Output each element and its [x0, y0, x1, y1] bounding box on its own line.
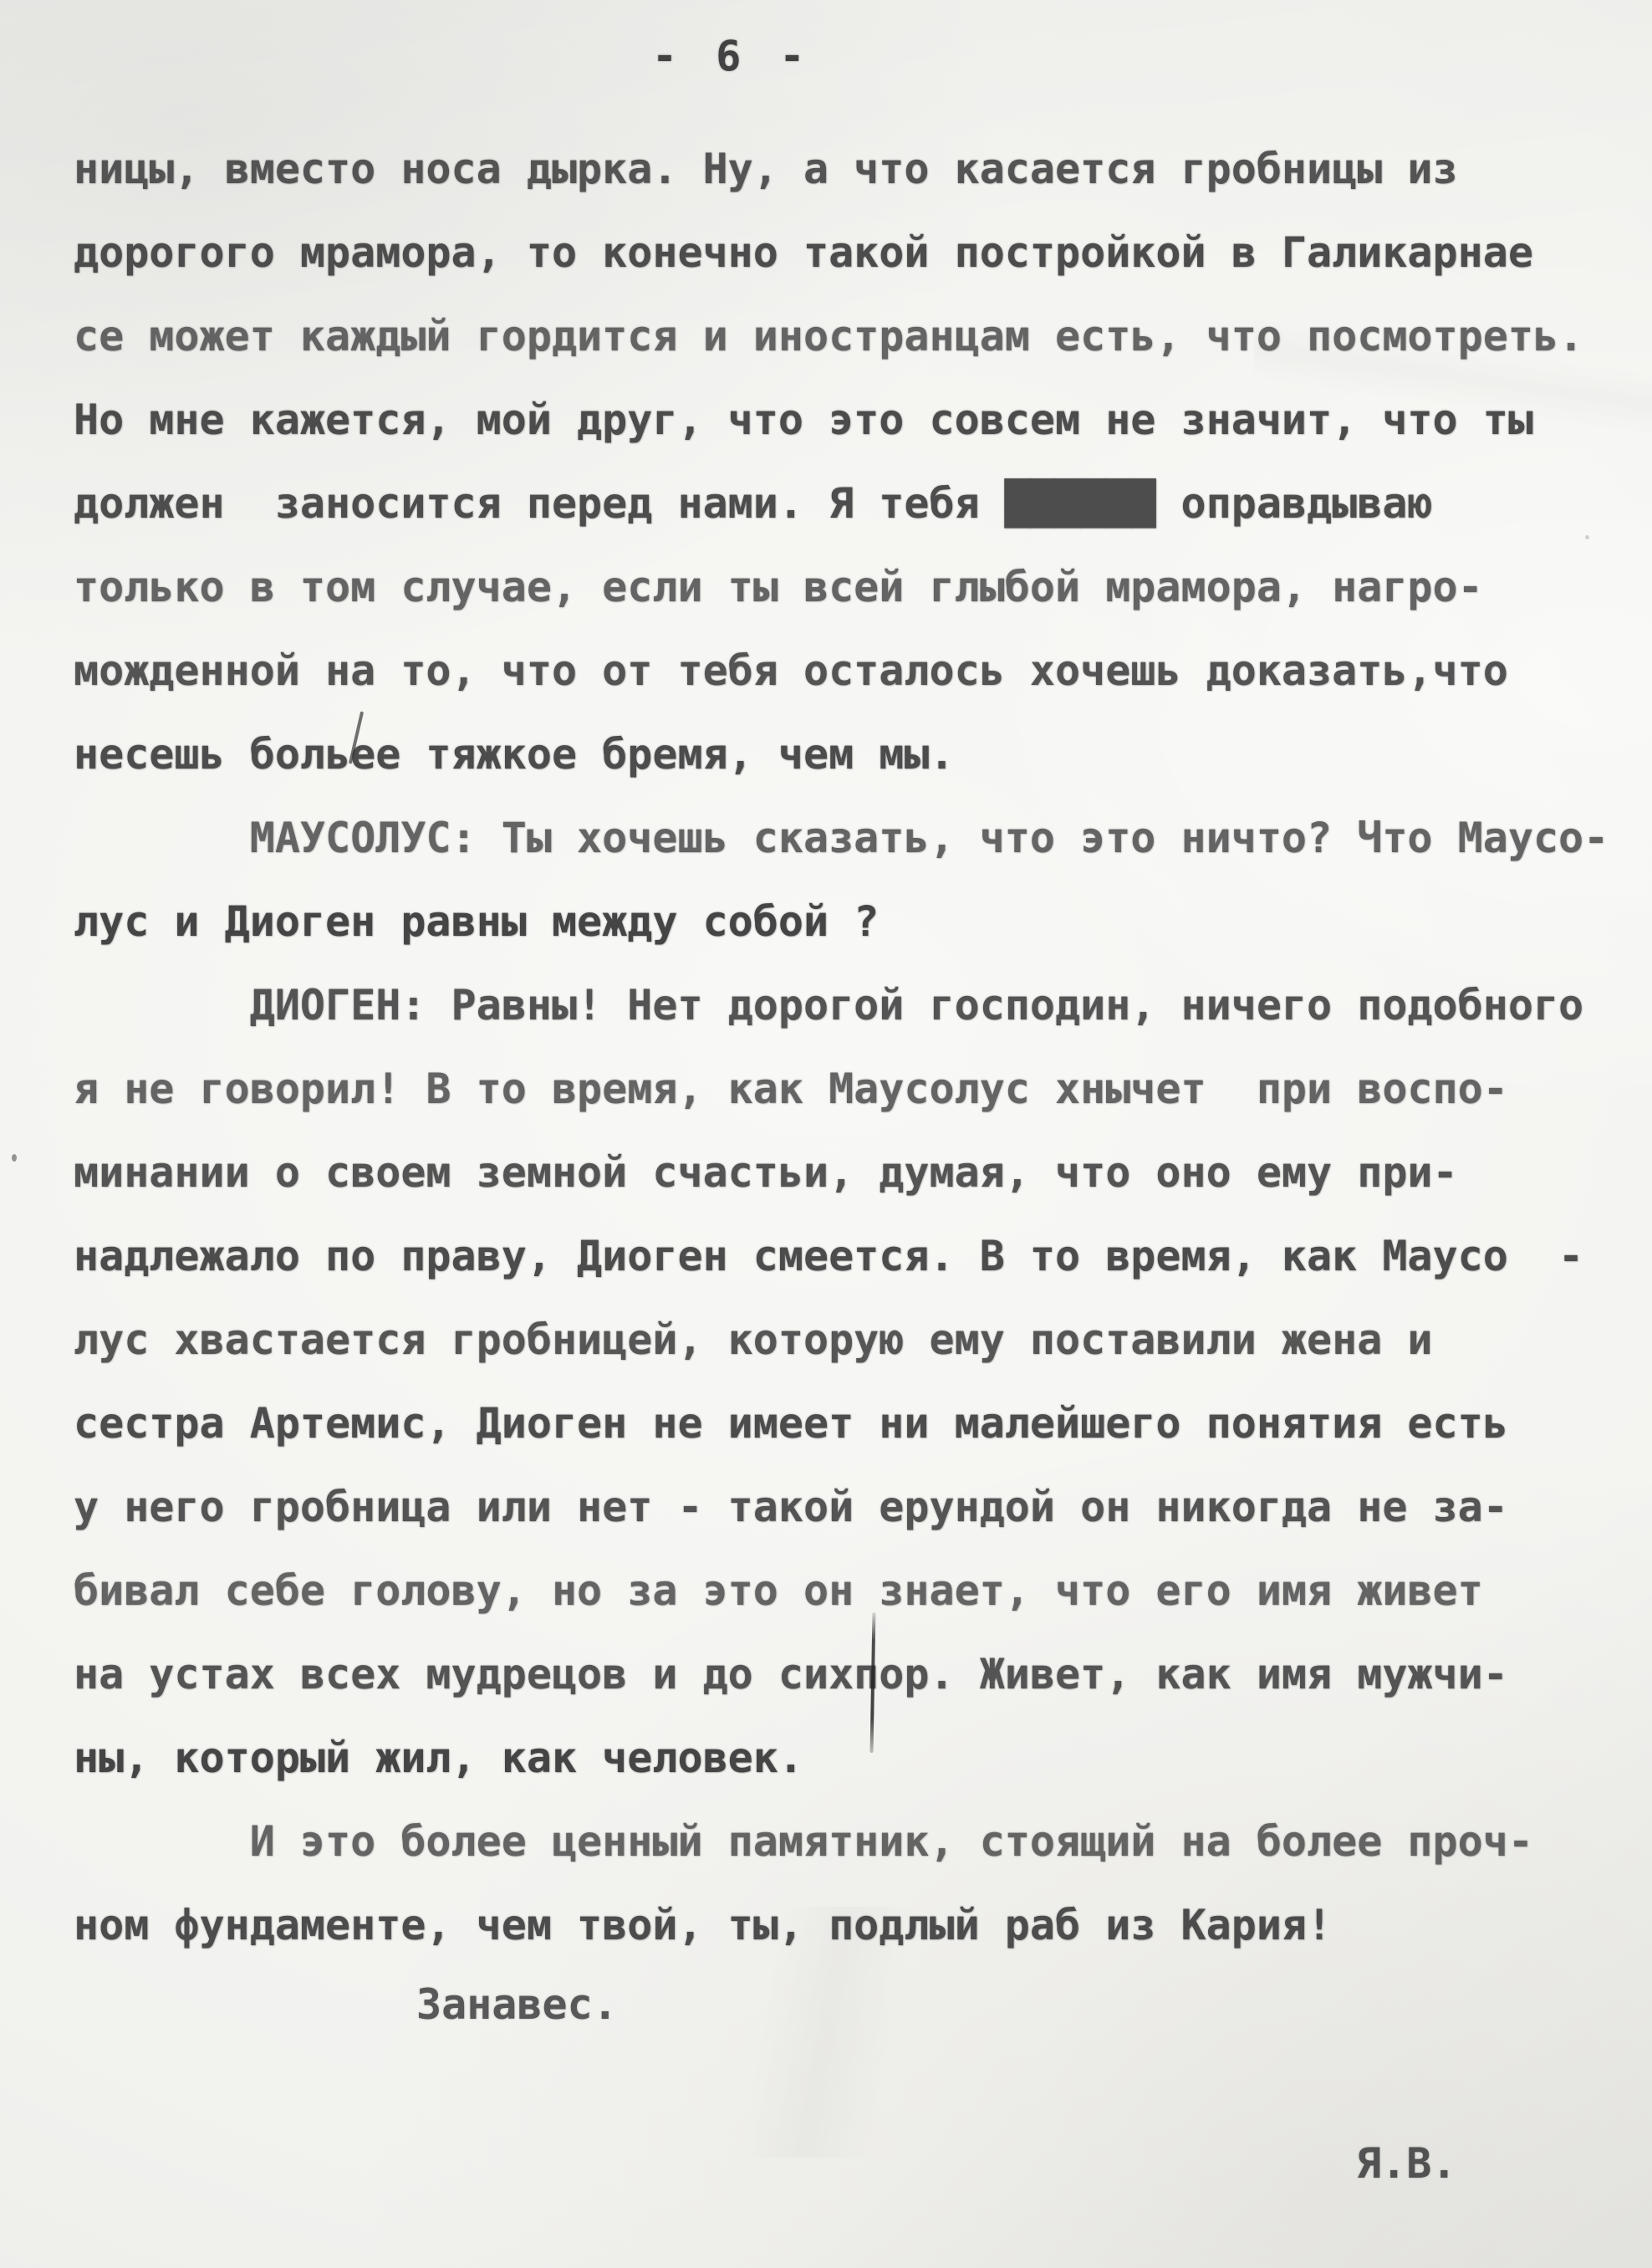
paper-speck	[12, 1154, 17, 1162]
typescript-line: лус и Диоген равны между собой ?	[74, 880, 1635, 963]
typescript-line: ны, который жил, как человек.	[74, 1716, 1635, 1800]
typescript-line-diogenes-cue: ДИОГЕН: Равны! Нет дорогой господин, нич…	[74, 963, 1635, 1047]
typescript-line: ном фундаменте, чем твой, ты, подлый раб…	[74, 1883, 1635, 1967]
typescript-line: на устах всех мудрецов и до сихпор. Живе…	[74, 1632, 1635, 1716]
author-initials: Я.В.	[1356, 2139, 1456, 2188]
typescript-line: сестра Артемис, Диоген не имеет ни малей…	[74, 1382, 1635, 1465]
typescript-line: несешь больее тяжкое бремя, чем мы.	[74, 713, 1635, 796]
typescript-line: можденной на то, что от тебя осталось хо…	[74, 629, 1635, 713]
typescript-line-mausolus-cue: МАУСОЛУС: Ты хочешь сказать, что это нич…	[74, 796, 1635, 880]
typescript-line-with-strikeout: должен заносится перед нами. Я тебя ████…	[74, 462, 1635, 545]
page-number: - 6 -	[652, 32, 812, 80]
typescript-line: я не говорил! В то время, как Маусолус х…	[74, 1047, 1635, 1131]
curtain-label: Занавес.	[416, 1980, 618, 2029]
typescript-line: дорогого мрамора, то конечно такой постр…	[74, 211, 1635, 294]
typescript-line: у него гробница или нет - такой ерундой …	[74, 1465, 1635, 1549]
typescript-line: И это более ценный памятник, стоящий на …	[74, 1800, 1635, 1883]
typescript-line: надлежало по праву, Диоген смеется. В то…	[74, 1214, 1635, 1298]
typescript-body: ницы, вместо носа дырка. Ну, а что касае…	[74, 127, 1635, 1967]
typescript-line: лус хвастается гробницей, которую ему по…	[74, 1298, 1635, 1382]
typescript-line: минании о своем земной счастьи, думая, ч…	[74, 1131, 1635, 1214]
typescript-line: бивал себе голову, но за это он знает, ч…	[74, 1549, 1635, 1632]
document-page: - 6 - ницы, вместо носа дырка. Ну, а что…	[0, 0, 1652, 2268]
typescript-line: се может каждый гордится и иностранцам е…	[74, 294, 1635, 378]
typescript-line: Но мне кажется, мой друг, что это совсем…	[74, 378, 1635, 462]
typescript-line: только в том случае, если ты всей глыбой…	[74, 545, 1635, 629]
typescript-line: ницы, вместо носа дырка. Ну, а что касае…	[74, 127, 1635, 211]
